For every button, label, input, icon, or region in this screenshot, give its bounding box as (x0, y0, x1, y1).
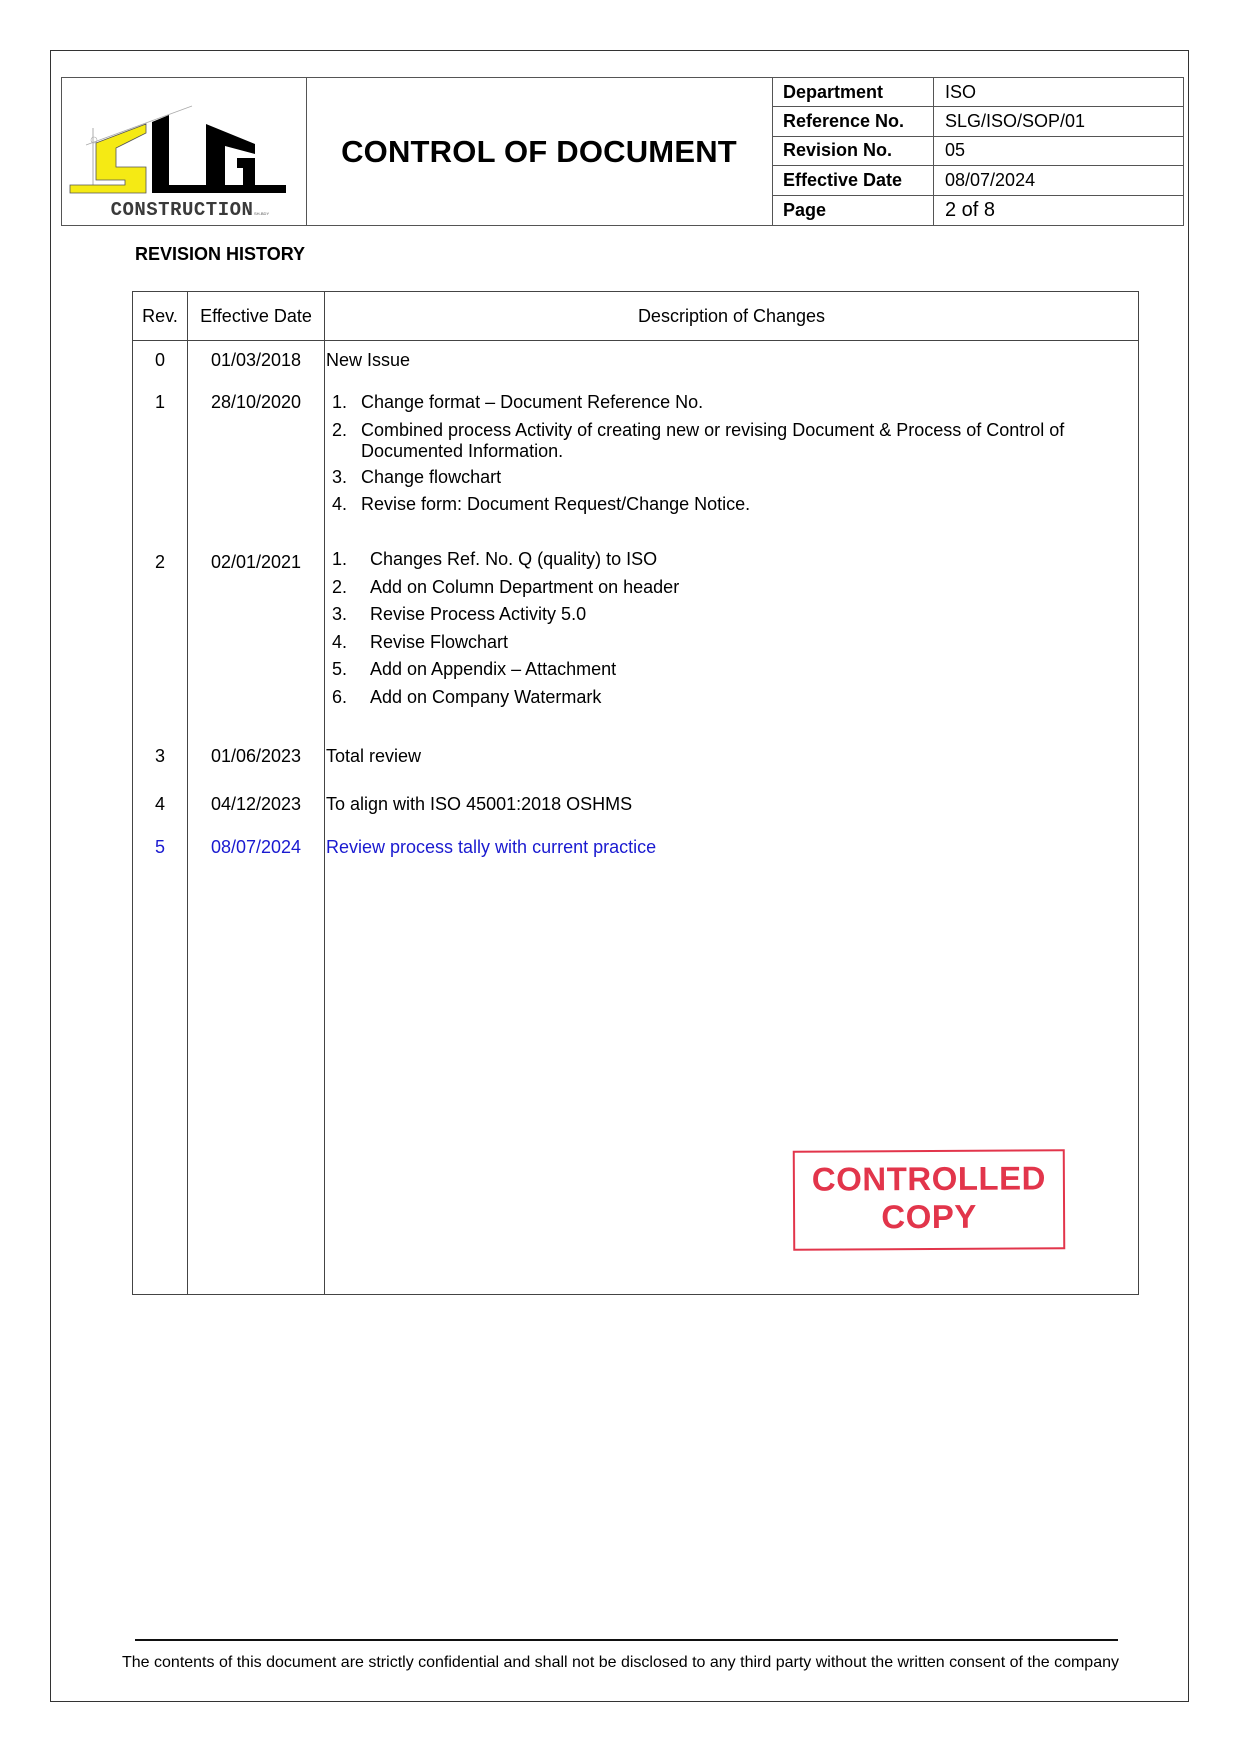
revision-history-table: Rev. Effective Date Description of Chang… (132, 291, 1139, 1295)
meta-label: Revision No. (772, 137, 934, 165)
meta-value: ISO (934, 78, 1183, 106)
rev-cell: 3 (133, 746, 187, 767)
meta-label: Effective Date (772, 166, 934, 194)
date-cell: 04/12/2023 (188, 794, 324, 815)
stamp-line-2: COPY (795, 1197, 1063, 1236)
document-meta-table: Department ISO Reference No. SLG/ISO/SOP… (772, 78, 1183, 225)
date-cell: 01/03/2018 (188, 350, 324, 371)
meta-value: 08/07/2024 (934, 166, 1183, 194)
list-item: 5.Add on Appendix – Attachment (328, 659, 1128, 680)
meta-row-page: Page 2 of 8 (772, 196, 1183, 225)
description-cell: Total review (326, 746, 1128, 767)
description-cell: To align with ISO 45001:2018 OSHMS (326, 794, 1128, 815)
list-item: 2.Combined process Activity of creating … (328, 420, 1128, 462)
meta-value: SLG/ISO/SOP/01 (934, 107, 1183, 135)
slg-construction-logo-icon: CONSTRUCTION SH-BDY (62, 78, 306, 225)
meta-label: Department (772, 78, 934, 106)
list-item: 1.Changes Ref. No. Q (quality) to ISO (328, 549, 1128, 570)
meta-row-reference: Reference No. SLG/ISO/SOP/01 (772, 107, 1183, 136)
rev-cell: 0 (133, 350, 187, 371)
page-number: 2 of 8 (934, 196, 1183, 225)
rev-cell: 2 (133, 552, 187, 573)
meta-row-effective-date: Effective Date 08/07/2024 (772, 166, 1183, 195)
meta-row-revision: Revision No. 05 (772, 137, 1183, 166)
date-cell: 08/07/2024 (188, 837, 324, 858)
change-list: 1.Changes Ref. No. Q (quality) to ISO 2.… (328, 549, 1128, 708)
logo-subtitle: CONSTRUCTION (111, 199, 254, 221)
meta-label: Reference No. (772, 107, 934, 135)
rev-cell: 1 (133, 392, 187, 413)
stamp-line-1: CONTROLLED (795, 1159, 1063, 1198)
meta-value: 05 (934, 137, 1183, 165)
section-title: REVISION HISTORY (135, 244, 305, 265)
list-item: 4.Revise form: Document Request/Change N… (328, 494, 1128, 515)
rev-cell: 5 (133, 837, 187, 858)
column-header-rev: Rev. (133, 292, 187, 340)
list-item: 2.Add on Column Department on header (328, 577, 1128, 598)
change-list: 1.Change format – Document Reference No.… (328, 392, 1128, 515)
list-item: 6.Add on Company Watermark (328, 687, 1128, 708)
column-header-description: Description of Changes (325, 292, 1138, 340)
controlled-copy-stamp: CONTROLLED COPY (793, 1149, 1066, 1250)
date-cell: 02/01/2021 (188, 552, 324, 573)
list-item: 3.Revise Process Activity 5.0 (328, 604, 1128, 625)
column-divider (187, 292, 188, 1294)
document-header: CONSTRUCTION SH-BDY CONTROL OF DOCUMENT … (61, 77, 1184, 226)
description-cell: Review process tally with current practi… (326, 837, 1128, 858)
meta-label: Page (772, 196, 934, 225)
description-cell: 1.Changes Ref. No. Q (quality) to ISO 2.… (328, 549, 1128, 714)
confidentiality-notice: The contents of this document are strict… (0, 1654, 1241, 1672)
description-cell: New Issue (326, 350, 1128, 371)
list-item: 4.Revise Flowchart (328, 632, 1128, 653)
column-header-date: Effective Date (188, 292, 324, 340)
date-cell: 28/10/2020 (188, 392, 324, 413)
description-cell: 1.Change format – Document Reference No.… (328, 392, 1128, 522)
header-divider (133, 340, 1138, 341)
list-item: 3.Change flowchart (328, 467, 1128, 488)
meta-row-department: Department ISO (772, 78, 1183, 107)
column-divider (324, 292, 325, 1294)
date-cell: 01/06/2023 (188, 746, 324, 767)
company-logo: CONSTRUCTION SH-BDY (62, 78, 307, 225)
footer-divider (135, 1639, 1118, 1641)
rev-cell: 4 (133, 794, 187, 815)
list-item: 1.Change format – Document Reference No. (328, 392, 1128, 413)
document-title: CONTROL OF DOCUMENT (306, 78, 773, 225)
svg-text:SH-BDY: SH-BDY (254, 211, 269, 216)
